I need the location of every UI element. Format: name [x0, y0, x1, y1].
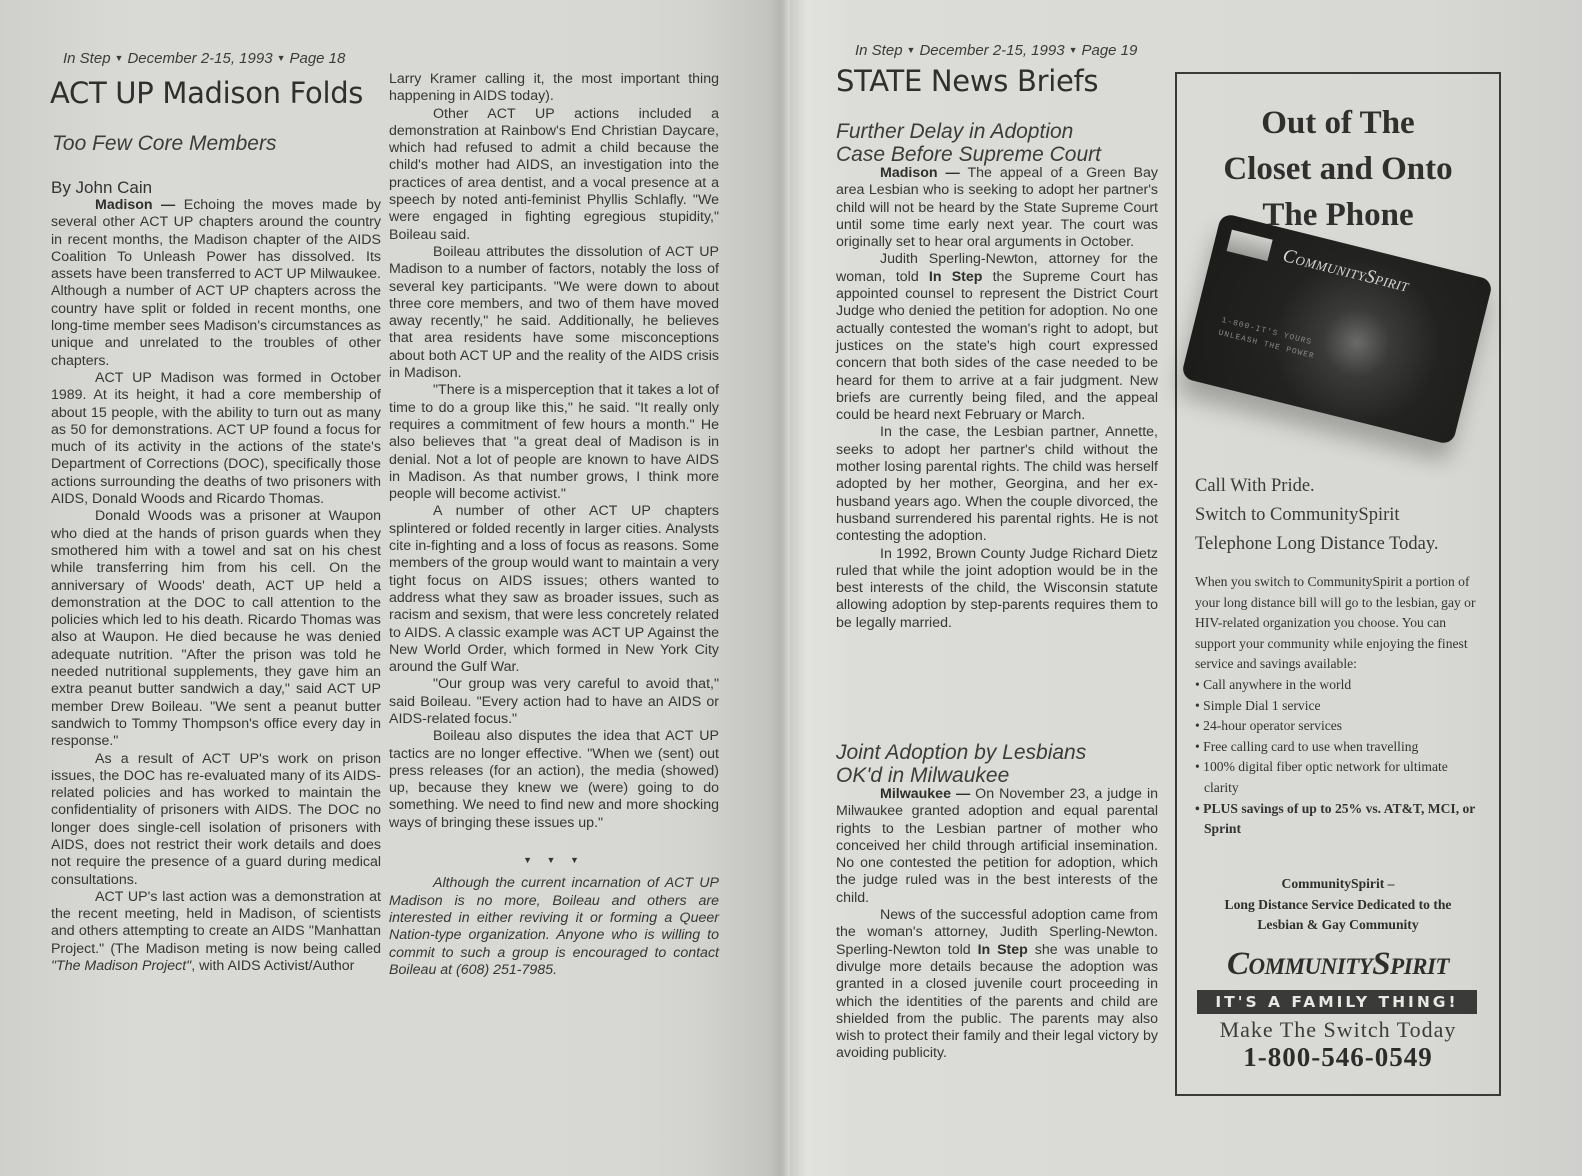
folio-page-19: In Step▼December 2-15, 1993▼Page 19	[855, 42, 1137, 59]
page-number: Page 18	[289, 50, 345, 67]
folio-page-18: In Step▼December 2-15, 1993▼Page 18	[63, 50, 345, 67]
ad-feature-list: • Call anywhere in the world • Simple Di…	[1195, 675, 1485, 840]
brief-1-body: Madison — The appeal of a Green Bay area…	[836, 165, 1158, 632]
ad-headline-line: Closet and Onto	[1177, 146, 1499, 192]
communityspirit-advertisement: Out of The Closet and Onto The Phone Com…	[1175, 72, 1501, 1096]
page-number: Page 19	[1081, 42, 1137, 59]
paragraph: Donald Woods was a prisoner at Waupon wh…	[51, 508, 381, 750]
feature-item: • Free calling card to use when travelli…	[1195, 737, 1485, 758]
brief-1-headline: Further Delay in Adoption Case Before Su…	[836, 120, 1101, 166]
triangle-bullet-icon: ▼	[907, 45, 916, 55]
publication-name: In Step	[63, 50, 111, 67]
article-column-2: Larry Kramer calling it, the most import…	[389, 71, 719, 979]
publication-mention: In Step	[978, 942, 1028, 958]
feature-item: • Call anywhere in the world	[1195, 675, 1485, 696]
paragraph: Other ACT UP actions included a demonstr…	[389, 106, 719, 244]
feature-item: • 100% digital fiber optic network for u…	[1195, 757, 1485, 798]
ad-copy-line: Telephone Long Distance Today.	[1195, 530, 1439, 559]
paragraph: , with AIDS Activist/Author	[191, 958, 354, 974]
ad-headline-line: Out of The	[1177, 100, 1499, 146]
italic-phrase: "The Madison Project"	[51, 958, 191, 974]
tagline-line: CommunitySpirit –	[1177, 874, 1499, 895]
headline-line: Further Delay in Adoption	[836, 120, 1101, 143]
dateline: Madison —	[95, 197, 175, 213]
editor-postscript: Although the current incarnation of ACT …	[389, 875, 719, 979]
brand-logo: CommunitySpirit	[1177, 946, 1499, 983]
feature-item: • PLUS savings of up to 25% vs. AT&T, MC…	[1195, 799, 1485, 840]
paragraph: On November 23, a judge in Milwaukee gra…	[836, 786, 1158, 906]
paragraph: In the case, the Lesbian partner, Annett…	[836, 424, 1158, 545]
ad-copy-line: Switch to CommunitySpirit	[1195, 501, 1439, 530]
article-column-1: Madison — Echoing the moves made by seve…	[51, 197, 381, 975]
call-to-action: Make The Switch Today	[1177, 1017, 1499, 1043]
page-fold	[770, 0, 790, 1176]
paragraph: ACT UP Madison was formed in October 198…	[51, 370, 381, 508]
feature-text: 24-hour operator services	[1203, 718, 1342, 733]
card-flag-logo-icon	[1227, 230, 1273, 262]
feature-item: • Simple Dial 1 service	[1195, 696, 1485, 717]
dateline: Milwaukee —	[880, 786, 970, 802]
newspaper-spread: In Step▼December 2-15, 1993▼Page 18 ACT …	[0, 0, 1582, 1176]
paragraph: As a result of ACT UP's work on prison i…	[51, 751, 381, 889]
paragraph: In 1992, Brown County Judge Richard Diet…	[836, 546, 1158, 632]
section-separator-icon: ▼ ▼ ▼	[389, 852, 719, 869]
ad-pride-copy: Call With Pride. Switch to CommunitySpir…	[1195, 472, 1439, 559]
card-brand: CommunitySpirit	[1280, 245, 1411, 298]
paragraph: Boileau attributes the dissolution of AC…	[389, 244, 719, 382]
article-subhead: Too Few Core Members	[52, 132, 276, 155]
tagline-line: Lesbian & Gay Community	[1177, 915, 1499, 936]
ad-body-text: When you switch to CommunitySpirit a por…	[1195, 572, 1485, 675]
paragraph: she was unable to divulge more details b…	[836, 942, 1158, 1062]
feature-text: Free calling card to use when travelling	[1203, 739, 1418, 754]
slogan-banner: IT'S A FAMILY THING!	[1197, 990, 1477, 1014]
paragraph: Larry Kramer calling it, the most import…	[389, 71, 719, 106]
feature-item: • 24-hour operator services	[1195, 716, 1485, 737]
publication-mention: In Step	[929, 269, 983, 285]
feature-text: PLUS savings of up to 25% vs. AT&T, MCI,…	[1203, 801, 1475, 837]
dateline: Madison —	[880, 165, 960, 181]
headline-line: Joint Adoption by Lesbians	[836, 741, 1086, 764]
paragraph: Boileau also disputes the idea that ACT …	[389, 728, 719, 832]
feature-text: Call anywhere in the world	[1203, 677, 1351, 692]
section-title: STATE News Briefs	[836, 64, 1098, 98]
issue-date: December 2-15, 1993	[127, 50, 272, 67]
byline: By John Cain	[51, 178, 152, 198]
brief-2-headline: Joint Adoption by Lesbians OK'd in Milwa…	[836, 741, 1086, 787]
ad-body-copy: When you switch to CommunitySpirit a por…	[1195, 572, 1485, 840]
ad-tagline: CommunitySpirit – Long Distance Service …	[1177, 874, 1499, 936]
triangle-bullet-icon: ▼	[115, 53, 124, 63]
calling-card-image: CommunitySpirit 1-800-IT'S YOURS UNLEASH…	[1181, 213, 1494, 446]
brief-2-body: Milwaukee — On November 23, a judge in M…	[836, 786, 1158, 1063]
tagline-line: Long Distance Service Dedicated to the	[1177, 895, 1499, 916]
paragraph: "There is a misperception that it takes …	[389, 382, 719, 503]
triangle-bullet-icon: ▼	[1069, 45, 1078, 55]
publication-name: In Step	[855, 42, 903, 59]
paragraph: ACT UP's last action was a demonstration…	[51, 889, 381, 957]
paragraph: "Our group was very careful to avoid tha…	[389, 676, 719, 728]
paragraph: A number of other ACT UP chapters splint…	[389, 503, 719, 676]
card-imprint: 1-800-IT'S YOURS UNLEASH THE POWER	[1217, 314, 1319, 363]
headline-line: OK'd in Milwaukee	[836, 764, 1086, 787]
feature-text: 100% digital fiber optic network for ult…	[1203, 759, 1448, 795]
paragraph: Echoing the moves made by several other …	[51, 197, 381, 369]
article-headline: ACT UP Madison Folds	[50, 76, 363, 110]
issue-date: December 2-15, 1993	[919, 42, 1064, 59]
triangle-bullet-icon: ▼	[277, 53, 286, 63]
phone-number: 1-800-546-0549	[1177, 1042, 1499, 1073]
headline-line: Case Before Supreme Court	[836, 143, 1101, 166]
paragraph: the Supreme Court has appointed counsel …	[836, 269, 1158, 423]
ad-copy-line: Call With Pride.	[1195, 472, 1439, 501]
feature-text: Simple Dial 1 service	[1203, 698, 1320, 713]
